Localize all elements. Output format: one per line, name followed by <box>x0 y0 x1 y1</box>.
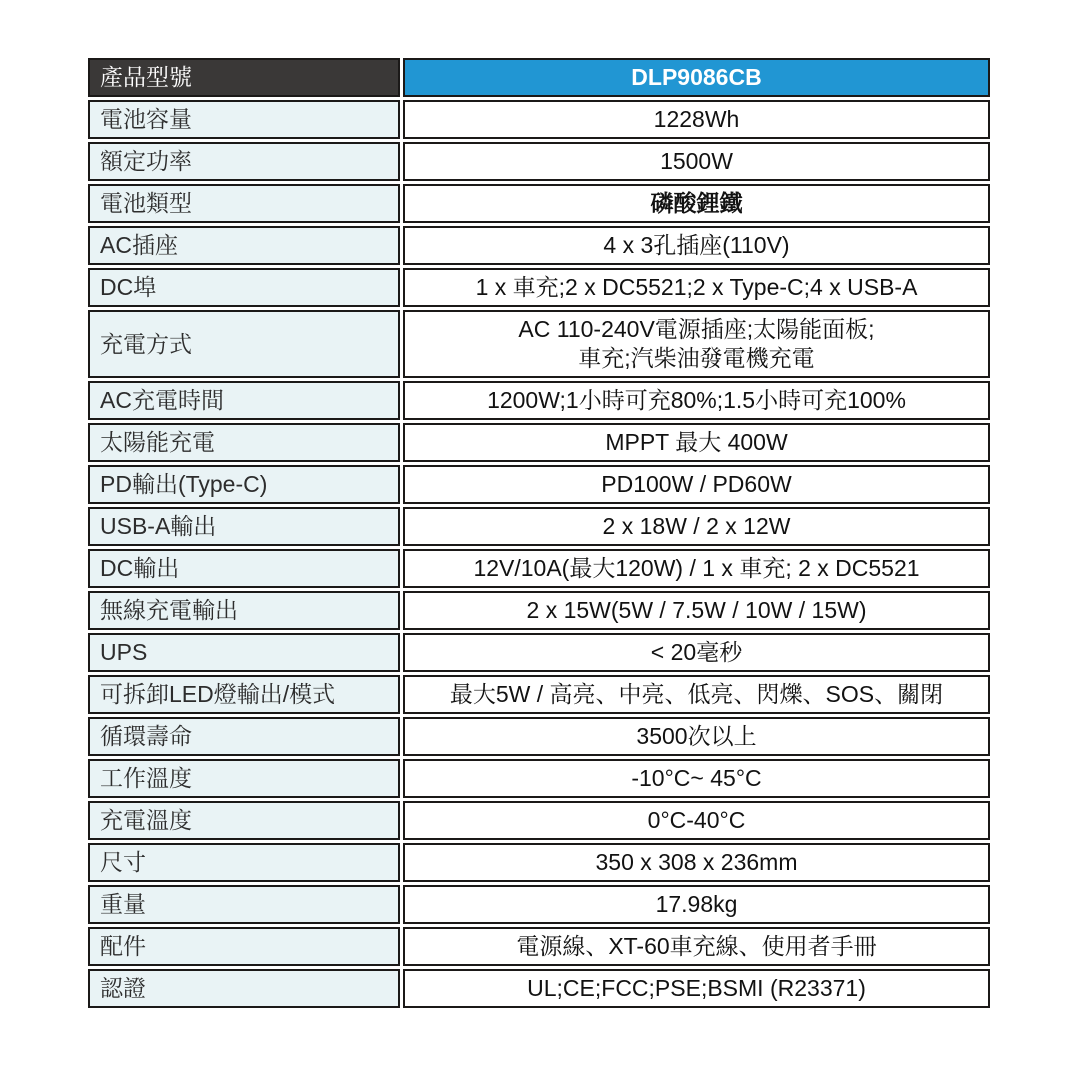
spec-row: PD輸出(Type-C) PD100W / PD60W <box>88 465 990 504</box>
spec-label: 工作溫度 <box>88 759 400 798</box>
spec-value: 電源線、XT-60車充線、使用者手冊 <box>403 927 990 966</box>
spec-row: 可拆卸LED燈輸出/模式 最大5W / 高亮、中亮、低亮、閃爍、SOS、關閉 <box>88 675 990 714</box>
spec-row: 認證 UL;CE;FCC;PSE;BSMI (R23371) <box>88 969 990 1008</box>
spec-value: 4 x 3孔插座(110V) <box>403 226 990 265</box>
spec-label: 認證 <box>88 969 400 1008</box>
spec-header-label: 產品型號 <box>88 58 400 97</box>
spec-row: 電池容量 1228Wh <box>88 100 990 139</box>
spec-value: 1228Wh <box>403 100 990 139</box>
spec-header-row: 產品型號 DLP9086CB <box>88 58 990 97</box>
spec-label: 配件 <box>88 927 400 966</box>
spec-row: USB-A輸出 2 x 18W / 2 x 12W <box>88 507 990 546</box>
spec-row: 電池類型 磷酸鋰鐵 <box>88 184 990 223</box>
spec-row: DC輸出 12V/10A(最大120W) / 1 x 車充; 2 x DC552… <box>88 549 990 588</box>
spec-label: 可拆卸LED燈輸出/模式 <box>88 675 400 714</box>
spec-value: 350 x 308 x 236mm <box>403 843 990 882</box>
spec-label: 充電溫度 <box>88 801 400 840</box>
spec-label: AC充電時間 <box>88 381 400 420</box>
spec-label: 額定功率 <box>88 142 400 181</box>
spec-sheet-page: 產品型號 DLP9086CB 電池容量 1228Wh 額定功率 1500W 電池… <box>0 0 1081 1081</box>
spec-label: PD輸出(Type-C) <box>88 465 400 504</box>
spec-label: 電池容量 <box>88 100 400 139</box>
spec-label: 電池類型 <box>88 184 400 223</box>
spec-value: 0°C-40°C <box>403 801 990 840</box>
spec-value: AC 110-240V電源插座;太陽能面板; 車充;汽柴油發電機充電 <box>403 310 990 378</box>
spec-label: 尺寸 <box>88 843 400 882</box>
spec-value: UL;CE;FCC;PSE;BSMI (R23371) <box>403 969 990 1008</box>
spec-label: 太陽能充電 <box>88 423 400 462</box>
spec-row: 額定功率 1500W <box>88 142 990 181</box>
spec-row: 尺寸 350 x 308 x 236mm <box>88 843 990 882</box>
spec-row: 充電溫度 0°C-40°C <box>88 801 990 840</box>
spec-value: 最大5W / 高亮、中亮、低亮、閃爍、SOS、關閉 <box>403 675 990 714</box>
spec-row: 充電方式 AC 110-240V電源插座;太陽能面板; 車充;汽柴油發電機充電 <box>88 310 990 378</box>
spec-label: AC插座 <box>88 226 400 265</box>
spec-label: 重量 <box>88 885 400 924</box>
spec-row: UPS < 20毫秒 <box>88 633 990 672</box>
spec-row: DC埠 1 x 車充;2 x DC5521;2 x Type-C;4 x USB… <box>88 268 990 307</box>
product-model-badge: DLP9086CB <box>403 58 990 97</box>
spec-value: 12V/10A(最大120W) / 1 x 車充; 2 x DC5521 <box>403 549 990 588</box>
spec-row: 循環壽命 3500次以上 <box>88 717 990 756</box>
spec-row: 配件 電源線、XT-60車充線、使用者手冊 <box>88 927 990 966</box>
spec-row: 無線充電輸出 2 x 15W(5W / 7.5W / 10W / 15W) <box>88 591 990 630</box>
spec-value: 1200W;1小時可充80%;1.5小時可充100% <box>403 381 990 420</box>
spec-value: 2 x 15W(5W / 7.5W / 10W / 15W) <box>403 591 990 630</box>
spec-value: PD100W / PD60W <box>403 465 990 504</box>
spec-label: 循環壽命 <box>88 717 400 756</box>
spec-value: 磷酸鋰鐵 <box>403 184 990 223</box>
spec-label: UPS <box>88 633 400 672</box>
spec-value: 1500W <box>403 142 990 181</box>
spec-table-body: 產品型號 DLP9086CB 電池容量 1228Wh 額定功率 1500W 電池… <box>88 58 990 1008</box>
spec-row: 太陽能充電 MPPT 最大 400W <box>88 423 990 462</box>
spec-row: 工作溫度 -10°C~ 45°C <box>88 759 990 798</box>
spec-label: USB-A輸出 <box>88 507 400 546</box>
spec-value: < 20毫秒 <box>403 633 990 672</box>
spec-row: AC充電時間 1200W;1小時可充80%;1.5小時可充100% <box>88 381 990 420</box>
spec-value: -10°C~ 45°C <box>403 759 990 798</box>
spec-value: MPPT 最大 400W <box>403 423 990 462</box>
spec-label: 無線充電輸出 <box>88 591 400 630</box>
spec-value: 17.98kg <box>403 885 990 924</box>
spec-row: 重量 17.98kg <box>88 885 990 924</box>
spec-label: 充電方式 <box>88 310 400 378</box>
spec-label: DC輸出 <box>88 549 400 588</box>
spec-value: 2 x 18W / 2 x 12W <box>403 507 990 546</box>
spec-row: AC插座 4 x 3孔插座(110V) <box>88 226 990 265</box>
product-spec-table: 產品型號 DLP9086CB 電池容量 1228Wh 額定功率 1500W 電池… <box>85 55 993 1011</box>
spec-value: 1 x 車充;2 x DC5521;2 x Type-C;4 x USB-A <box>403 268 990 307</box>
spec-label: DC埠 <box>88 268 400 307</box>
spec-value: 3500次以上 <box>403 717 990 756</box>
